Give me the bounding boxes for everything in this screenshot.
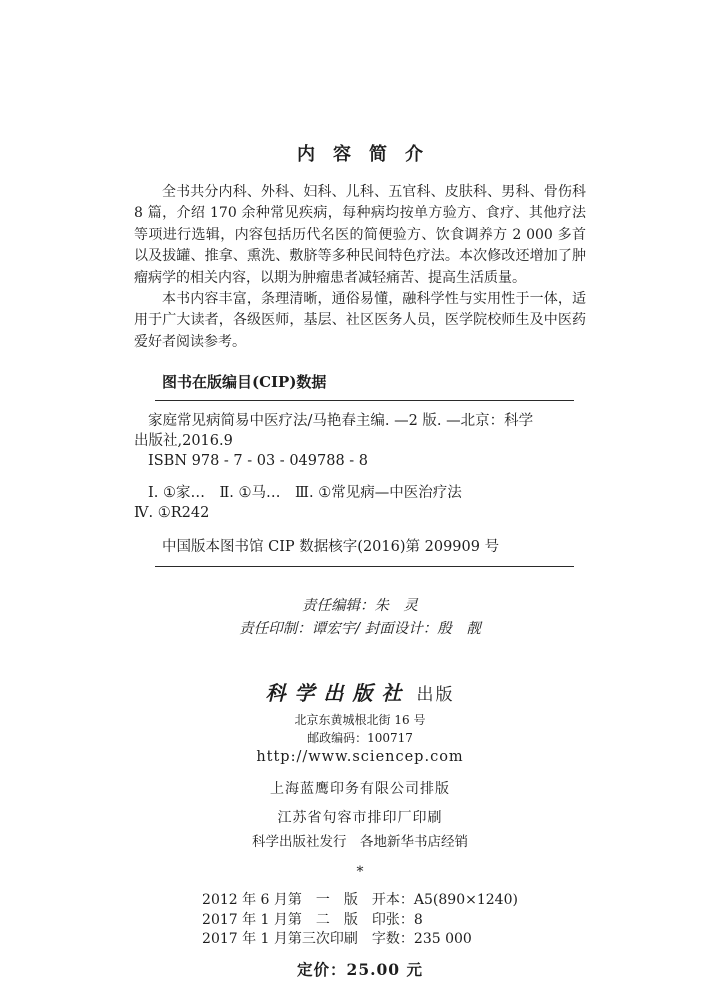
cip-class-line-1: Ⅰ. ①家… Ⅱ. ①马… Ⅲ. ①常见病—中医治疗法 <box>134 483 586 503</box>
cip-isbn: ISBN 978 - 7 - 03 - 049788 - 8 <box>134 451 586 471</box>
intro-title: 内容简介 <box>134 142 586 167</box>
publisher-postcode: 邮政编码：100717 <box>134 730 586 746</box>
edition-lines: 2012 年 6 月第 一 版 开本：A5(890×1240) 2017 年 1… <box>202 891 518 950</box>
printing-block: 上海蓝鹰印务有限公司排版 江苏省句容市排印厂印刷 科学出版社发行 各地新华书店经… <box>134 780 586 880</box>
edition-line-second: 2017 年 1 月第 二 版 印张：8 <box>202 911 518 931</box>
edition-line-first: 2012 年 6 月第 一 版 开本：A5(890×1240) <box>202 891 518 911</box>
publisher-address: 北京东黄城根北街 16 号 <box>134 712 586 728</box>
typesetting-company: 上海蓝鹰印务有限公司排版 <box>134 780 586 799</box>
intro-section: 全书共分内科、外科、妇科、儿科、五官科、皮肤科、男科、骨伤科 8 篇，介绍 17… <box>134 182 586 353</box>
intro-paragraph-2: 本书内容丰富，条理清晰，通俗易懂，融科学性与实用性于一体，适用于广大读者，各级医… <box>134 289 586 353</box>
credits-block: 责任编辑：朱 灵 责任印制：谭宏宇/ 封面设计：殷 靓 <box>134 595 586 641</box>
price-line: 定价：25.00 元 <box>134 958 586 980</box>
publisher-url: http://www.sciencep.com <box>134 748 586 766</box>
cip-title-line-2: 出版社,2016.9 <box>134 431 586 451</box>
edition-line-third: 2017 年 1 月第三次印刷 字数：235 000 <box>202 930 518 950</box>
cip-rule-top <box>155 400 574 401</box>
edition-block: 2012 年 6 月第 一 版 开本：A5(890×1240) 2017 年 1… <box>134 891 586 950</box>
cip-block: 图书在版编目(CIP)数据 家庭常见病简易中医疗法/马艳春主编. —2 版. —… <box>134 373 586 567</box>
cip-rule-bottom <box>155 566 574 567</box>
science-press-logo: 科学出版社 <box>266 681 411 705</box>
responsible-printer: 责任印制：谭宏宇/ 封面设计：殷 靓 <box>134 618 586 641</box>
cip-class-line-2: Ⅳ. ①R242 <box>134 503 586 523</box>
asterisk-separator: * <box>134 864 586 880</box>
copyright-page: 内容简介 全书共分内科、外科、妇科、儿科、五官科、皮肤科、男科、骨伤科 8 篇，… <box>134 0 586 980</box>
cip-title-line-1: 家庭常见病简易中医疗法/马艳春主编. —2 版. —北京：科学 <box>134 411 586 431</box>
distribution-line: 科学出版社发行 各地新华书店经销 <box>134 833 586 851</box>
publisher-block: 科学出版社出版 北京东黄城根北街 16 号 邮政编码：100717 http:/… <box>134 681 586 766</box>
cip-header: 图书在版编目(CIP)数据 <box>162 373 586 392</box>
responsible-editor: 责任编辑：朱 灵 <box>134 595 586 618</box>
intro-paragraph-1: 全书共分内科、外科、妇科、儿科、五官科、皮肤科、男科、骨伤科 8 篇，介绍 17… <box>134 182 586 289</box>
printing-factory: 江苏省句容市排印厂印刷 <box>134 809 586 828</box>
publisher-logo-line: 科学出版社出版 <box>134 681 586 707</box>
cip-record-number: 中国版本图书馆 CIP 数据核字(2016)第 209909 号 <box>134 537 586 557</box>
publish-label: 出版 <box>417 685 455 705</box>
